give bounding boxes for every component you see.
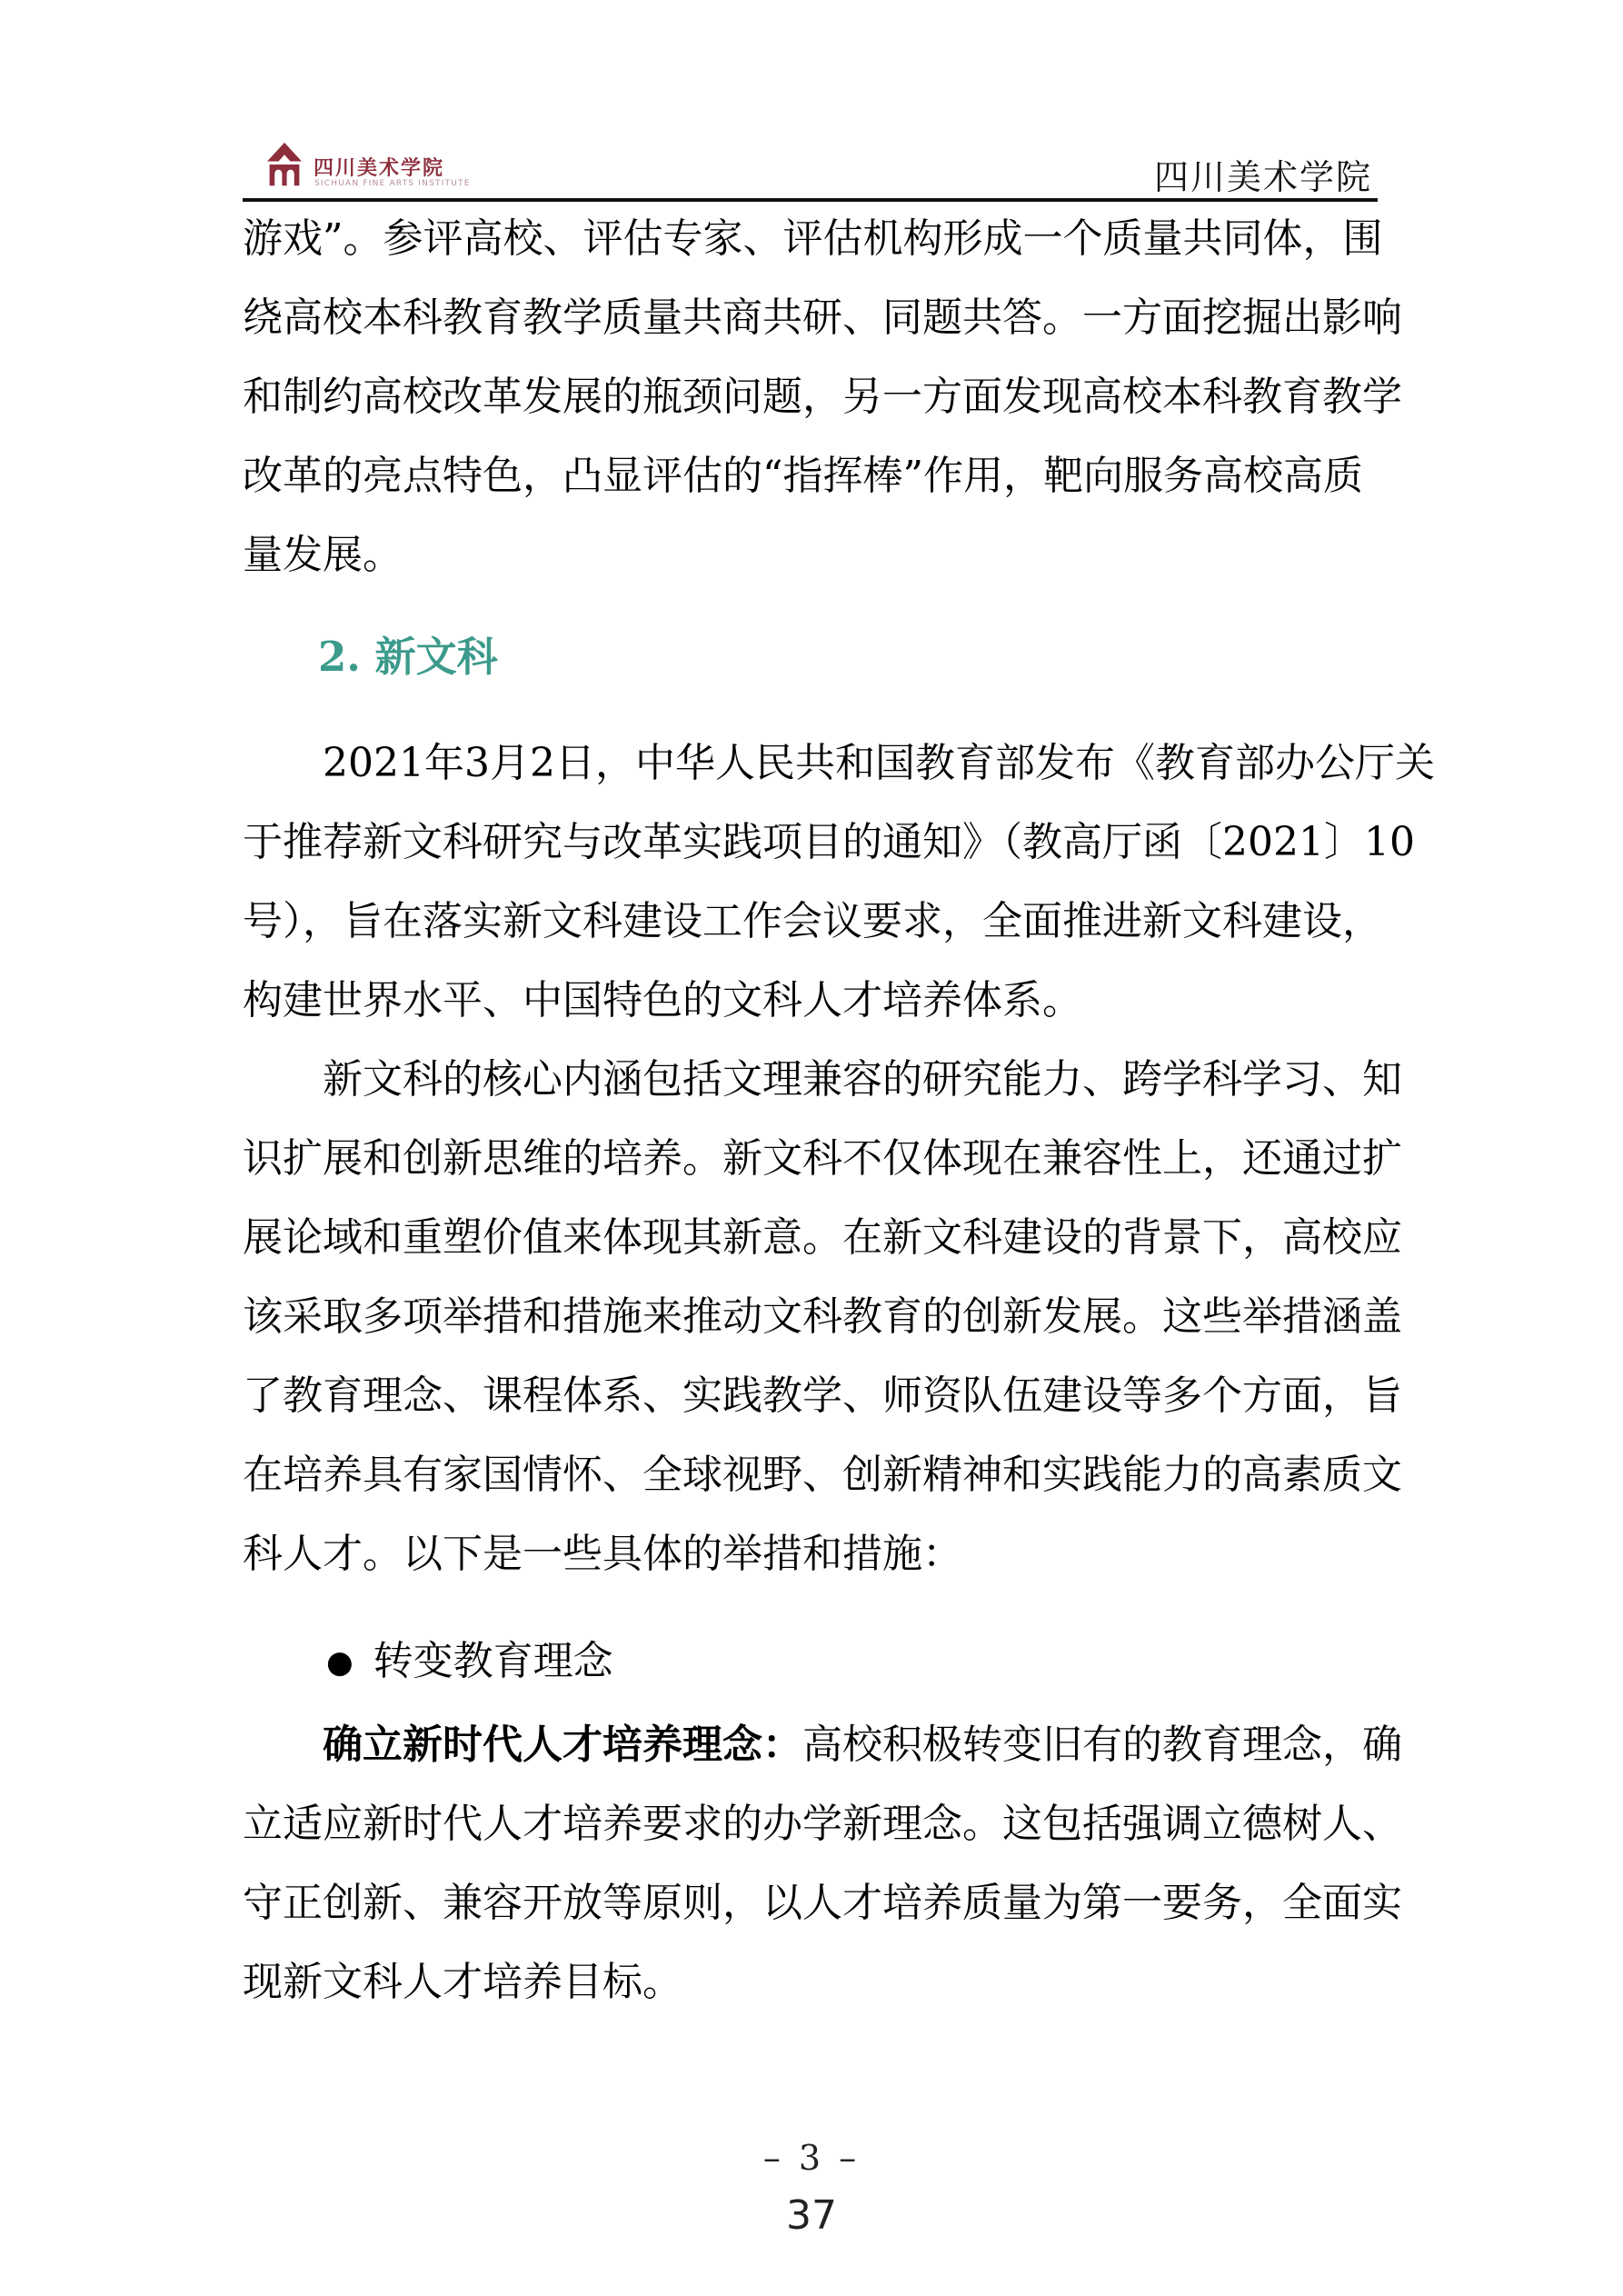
text-line: 新文科的核心内涵包括文理兼容的研究能力、跨学科学习、知	[243, 1040, 1378, 1119]
text-line: 识扩展和创新思维的培养。新文科不仅体现在兼容性上，还通过扩	[243, 1119, 1378, 1198]
text-line: 绕高校本科教育教学质量共商共研、同题共答。一方面挖掘出影响	[243, 278, 1378, 357]
text-line: 确立新时代人才培养理念：高校积极转变旧有的教育理念，确	[243, 1705, 1378, 1784]
text-line: 量发展。	[243, 515, 1378, 594]
text-line: 号），旨在落实新文科建设工作会议要求，全面推进新文科建设，	[243, 882, 1378, 961]
header-school-name: 四川美术学院	[1154, 149, 1372, 199]
paragraph-2: 2021年3月2日，中华人民共和国教育部发布《教育部办公厅关 于推荐新文科研究与…	[243, 724, 1378, 1040]
text-line: 在培养具有家国情怀、全球视野、创新精神和实践能力的高素质文	[243, 1435, 1378, 1514]
text-line: 了教育理念、课程体系、实践教学、师资队伍建设等多个方面，旨	[243, 1356, 1378, 1435]
paragraph-3: 新文科的核心内涵包括文理兼容的研究能力、跨学科学习、知 识扩展和创新思维的培养。…	[243, 1040, 1378, 1593]
text-line: 改革的亮点特色，凸显评估的“指挥棒”作用，靶向服务高校高质	[243, 436, 1378, 515]
bold-lead-text: 确立新时代人才培养理念：	[323, 1722, 802, 1768]
school-logo-icon	[262, 142, 307, 191]
bullet-dot-icon: ●	[326, 1623, 353, 1702]
page-number: – 3 –	[0, 2138, 1623, 2178]
bullet-text: 转变教育理念	[373, 1638, 613, 1684]
document-page: 四川美术学院 SICHUAN FINE ARTS INSTITUTE 四川美术学…	[0, 0, 1623, 2296]
document-body: 游戏”。参评高校、评估专家、评估机构形成一个质量共同体，围 绕高校本科教育教学质…	[243, 199, 1378, 2021]
text-line: 守正创新、兼容开放等原则，以人才培养质量为第一要务，全面实	[243, 1863, 1378, 1942]
text-line: 科人才。以下是一些具体的举措和措施：	[243, 1514, 1378, 1593]
text-line: 现新文科人才培养目标。	[243, 1942, 1378, 2021]
paragraph-1: 游戏”。参评高校、评估专家、评估机构形成一个质量共同体，围 绕高校本科教育教学质…	[243, 199, 1378, 594]
bullet-item-change-education-concept: ●转变教育理念	[243, 1622, 1378, 1702]
sheet-number: 37	[0, 2192, 1623, 2239]
text-line: 构建世界水平、中国特色的文科人才培养体系。	[243, 961, 1378, 1040]
text-run: 高校积极转变旧有的教育理念，确	[802, 1722, 1402, 1768]
text-line: 该采取多项举措和措施来推动文科教育的创新发展。这些举措涵盖	[243, 1277, 1378, 1356]
text-line: 展论域和重塑价值来体现其新意。在新文科建设的背景下，高校应	[243, 1198, 1378, 1277]
text-line: 游戏”。参评高校、评估专家、评估机构形成一个质量共同体，围	[243, 199, 1378, 278]
logo-subtext: SICHUAN FINE ARTS INSTITUTE	[314, 179, 471, 188]
text-line: 立适应新时代人才培养要求的办学新理念。这包括强调立德树人、	[243, 1784, 1378, 1863]
text-line: 2021年3月2日，中华人民共和国教育部发布《教育部办公厅关	[243, 724, 1378, 803]
section-heading-new-liberal-arts: 2. 新文科	[243, 617, 1378, 696]
paragraph-4: 确立新时代人才培养理念：高校积极转变旧有的教育理念，确 立适应新时代人才培养要求…	[243, 1705, 1378, 2021]
text-line: 和制约高校改革发展的瓶颈问题，另一方面发现高校本科教育教学	[243, 357, 1378, 436]
text-line: 于推荐新文科研究与改革实践项目的通知》（教高厅函〔2021〕10	[243, 803, 1378, 882]
logo-wordmark: 四川美术学院	[314, 153, 444, 181]
